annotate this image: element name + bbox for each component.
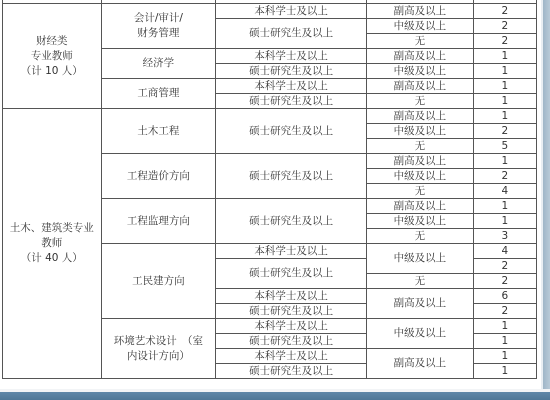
title-cell: 无 — [367, 184, 474, 199]
category-total: （计 40 人） — [3, 251, 101, 266]
title-cell: 副高及以上 — [367, 154, 474, 169]
education-cell: 硕士研究生及以上 — [216, 154, 367, 199]
count-cell: 2 — [473, 19, 536, 34]
count-cell: 2 — [473, 124, 536, 139]
title-cell: 副高及以上 — [367, 79, 474, 94]
window-frame-right — [541, 0, 550, 392]
count-cell: 2 — [473, 4, 536, 19]
title-cell: 副高及以上 — [367, 289, 474, 319]
category-cell-civil: 土木、建筑类专业 教师 （计 40 人） — [3, 109, 102, 379]
major-name: 内设计方向） — [102, 349, 216, 364]
education-cell: 本科学士及以上 — [216, 4, 367, 19]
education-cell: 本科学士及以上 — [216, 79, 367, 94]
title-cell: 无 — [367, 94, 474, 109]
major-name: 环境艺术设计 （室 — [102, 334, 216, 349]
category-name: 专业教师 — [3, 49, 101, 64]
count-cell: 1 — [473, 319, 536, 334]
education-cell: 本科学士及以上 — [216, 289, 367, 304]
education-cell: 硕士研究生及以上 — [216, 334, 367, 349]
count-cell: 1 — [473, 214, 536, 229]
major-cell: 会计/审计/ 财务管理 — [101, 4, 216, 49]
title-cell: 副高及以上 — [367, 349, 474, 379]
count-cell: 4 — [473, 244, 536, 259]
major-name: 财务管理 — [102, 26, 216, 41]
education-cell: 硕士研究生及以上 — [216, 304, 367, 319]
count-cell: 2 — [473, 34, 536, 49]
category-name: 土木、建筑类专业 — [3, 221, 101, 236]
education-cell: 本科学士及以上 — [216, 349, 367, 364]
window-frame-bottom — [0, 389, 550, 400]
education-cell: 本科学士及以上 — [216, 49, 367, 64]
education-cell: 硕士研究生及以上 — [216, 364, 367, 379]
count-cell: 1 — [473, 199, 536, 214]
table-row: 财经类 专业教师 （计 10 人） 会计/审计/ 财务管理 本科学士及以上 副高… — [3, 4, 537, 19]
count-cell: 1 — [473, 349, 536, 364]
category-name: 财经类 — [3, 34, 101, 49]
education-cell: 本科学士及以上 — [216, 319, 367, 334]
table-row: 土木、建筑类专业 教师 （计 40 人） 土木工程 硕士研究生及以上 副高及以上… — [3, 109, 537, 124]
major-cell: 环境艺术设计 （室 内设计方向） — [101, 319, 216, 379]
recruitment-table: 财经类 专业教师 （计 10 人） 会计/审计/ 财务管理 本科学士及以上 副高… — [2, 0, 537, 379]
count-cell: 6 — [473, 289, 536, 304]
category-total: （计 10 人） — [3, 64, 101, 79]
title-cell: 副高及以上 — [367, 49, 474, 64]
title-cell: 中级及以上 — [367, 19, 474, 34]
category-cell-finance: 财经类 专业教师 （计 10 人） — [3, 4, 102, 109]
title-cell: 副高及以上 — [367, 199, 474, 214]
count-cell: 2 — [473, 259, 536, 274]
major-cell: 工程造价方向 — [101, 154, 216, 199]
major-cell: 工程监理方向 — [101, 199, 216, 244]
major-cell: 工民建方向 — [101, 244, 216, 319]
count-cell: 1 — [473, 64, 536, 79]
title-cell: 中级及以上 — [367, 124, 474, 139]
count-cell: 1 — [473, 79, 536, 94]
title-cell: 中级及以上 — [367, 214, 474, 229]
education-cell: 硕士研究生及以上 — [216, 94, 367, 109]
count-cell: 4 — [473, 184, 536, 199]
title-cell: 副高及以上 — [367, 4, 474, 19]
count-cell: 1 — [473, 49, 536, 64]
major-cell: 工商管理 — [101, 79, 216, 109]
title-cell: 无 — [367, 34, 474, 49]
count-cell: 1 — [473, 154, 536, 169]
education-cell: 硕士研究生及以上 — [216, 199, 367, 244]
title-cell: 无 — [367, 229, 474, 244]
major-name: 会计/审计/ — [102, 11, 216, 26]
count-cell: 1 — [473, 109, 536, 124]
count-cell: 2 — [473, 169, 536, 184]
count-cell: 2 — [473, 274, 536, 289]
title-cell: 无 — [367, 274, 474, 289]
major-cell: 土木工程 — [101, 109, 216, 154]
category-name: 教师 — [3, 236, 101, 251]
title-cell: 中级及以上 — [367, 319, 474, 349]
count-cell: 2 — [473, 304, 536, 319]
count-cell: 3 — [473, 229, 536, 244]
count-cell: 1 — [473, 94, 536, 109]
education-cell: 本科学士及以上 — [216, 244, 367, 259]
title-cell: 副高及以上 — [367, 109, 474, 124]
education-cell: 硕士研究生及以上 — [216, 259, 367, 289]
count-cell: 1 — [473, 364, 536, 379]
title-cell: 无 — [367, 139, 474, 154]
major-cell: 经济学 — [101, 49, 216, 79]
title-cell: 中级及以上 — [367, 64, 474, 79]
title-cell: 中级及以上 — [367, 169, 474, 184]
education-cell: 硕士研究生及以上 — [216, 109, 367, 154]
education-cell: 硕士研究生及以上 — [216, 19, 367, 49]
count-cell: 5 — [473, 139, 536, 154]
count-cell: 1 — [473, 334, 536, 349]
education-cell: 硕士研究生及以上 — [216, 64, 367, 79]
title-cell: 中级及以上 — [367, 244, 474, 274]
